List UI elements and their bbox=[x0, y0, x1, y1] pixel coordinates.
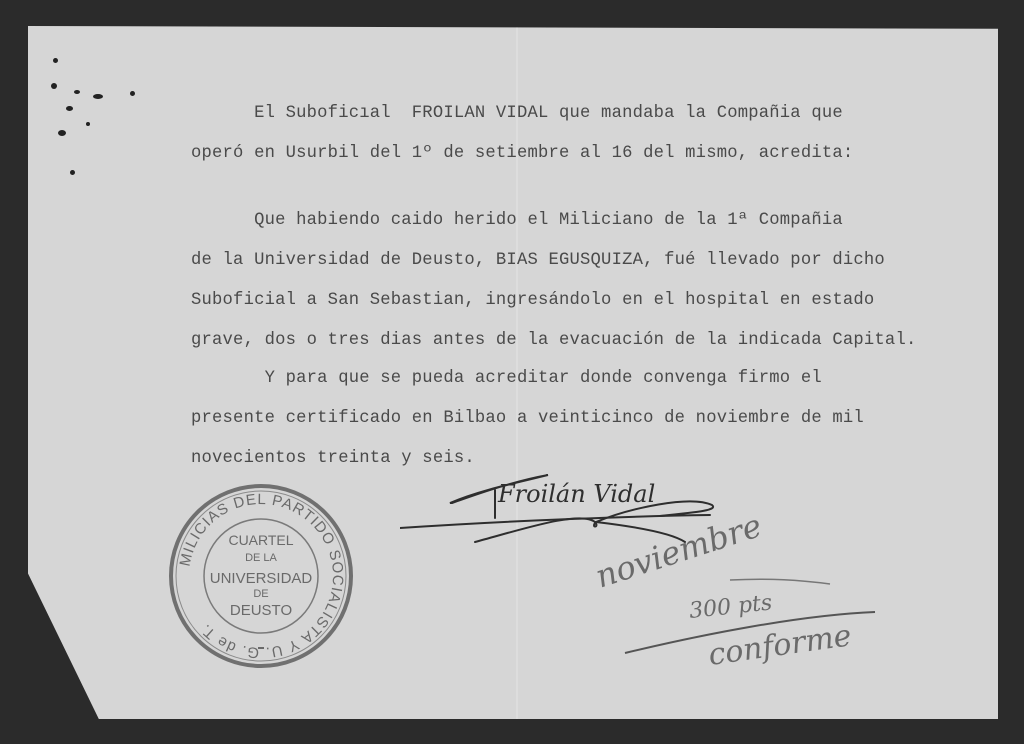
note-noviembre: noviembre bbox=[591, 506, 767, 595]
handwritten-notes: noviembre 300 pts conforme bbox=[591, 506, 854, 673]
stamp-center-line: DEUSTO bbox=[230, 602, 292, 619]
text-line: grave, dos o tres dias antes de la evacu… bbox=[191, 331, 916, 350]
punch-hole bbox=[93, 94, 103, 99]
punch-hole bbox=[86, 122, 90, 126]
stamp-center-line: UNIVERSIDAD bbox=[210, 570, 313, 587]
text-line: presente certificado en Bilbao a veintic… bbox=[191, 409, 864, 428]
punch-hole bbox=[58, 130, 66, 136]
stamp-center-line: DE bbox=[253, 588, 268, 600]
text-line: Y para que se pueda acreditar donde conv… bbox=[191, 369, 822, 388]
text-line: operó en Usurbil del 1º de setiembre al … bbox=[191, 144, 853, 163]
punch-hole bbox=[130, 91, 135, 96]
text-line: de la Universidad de Deusto, BIAS EGUSQU… bbox=[191, 251, 885, 270]
note-conforme: conforme bbox=[706, 618, 853, 673]
punch-hole bbox=[66, 106, 73, 111]
punch-hole bbox=[74, 90, 80, 94]
text-line: Suboficial a San Sebastian, ingresándolo… bbox=[191, 291, 874, 310]
punch-hole bbox=[70, 170, 75, 175]
text-line: Que habiendo caido herido el Miliciano d… bbox=[191, 211, 843, 230]
note-amount: 300 pts bbox=[688, 590, 773, 624]
signature-area: Froilán Vidal noviembre 300 pts conforme bbox=[400, 460, 960, 700]
stamp-center-line: DE LA bbox=[245, 552, 277, 564]
svg-text:Froilán Vidal: Froilán Vidal bbox=[497, 480, 655, 508]
punch-hole bbox=[51, 83, 57, 89]
seal-stamp: MILICIAS DEL PARTIDO SOCIALISTA Y U. G. … bbox=[168, 483, 354, 669]
stamp-center-line: CUARTEL bbox=[228, 532, 293, 548]
punch-hole bbox=[53, 58, 58, 63]
text-line: El Suboficıal FROILAN VIDAL que mandaba … bbox=[191, 104, 843, 123]
signature-froilan-vidal: Froilán Vidal bbox=[400, 475, 713, 542]
